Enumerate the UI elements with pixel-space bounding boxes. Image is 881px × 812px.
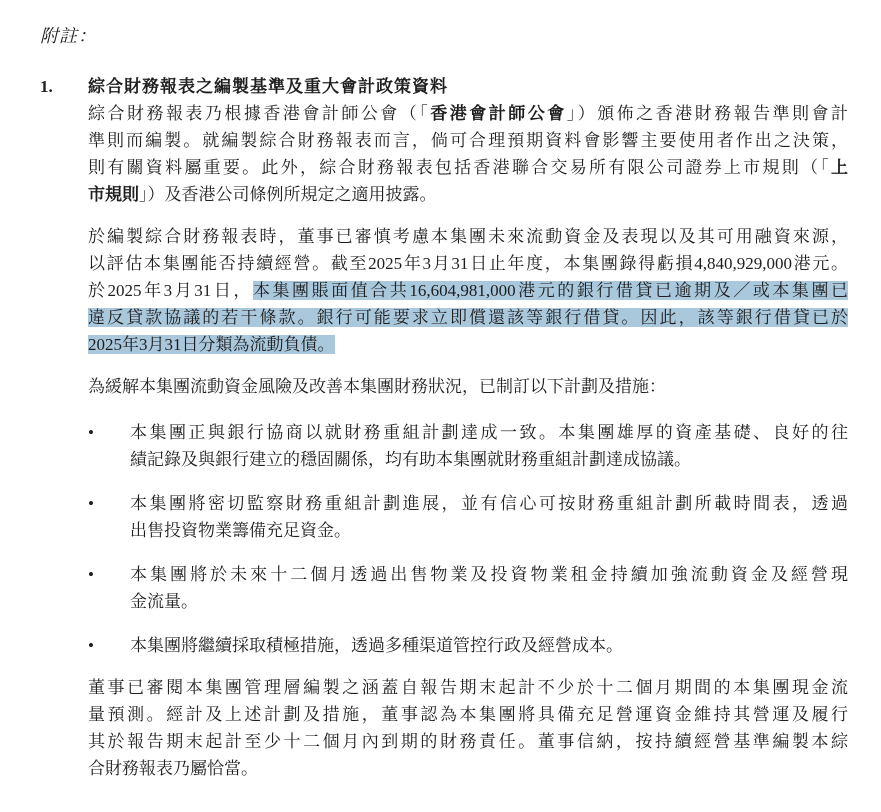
highlighted-text: 違反貸款協議的若干條款。銀行可能要求立即償還該等銀行借貸。因此，該等銀行借貸已於 (88, 308, 848, 327)
text-segment: 本集團將於未來十二個月透過出售物業及投資物業租金持續加強流動資金及經營現 (130, 565, 848, 584)
directors-conclusion-paragraph: 董事已審閱本集團管理層編製之涵蓋自報告期末起計不少於十二個月期間的本集團現金流量… (88, 674, 848, 782)
text-line: 出售投資物業籌備充足資金。 (130, 517, 848, 544)
bullet-icon: • (88, 561, 130, 615)
text-line: 為緩解本集團流動資金風險及改善本集團財務狀況，已制訂以下計劃及措施： (88, 373, 848, 400)
text-line: 市規則」）及香港公司條例所規定之適用披露。 (88, 181, 848, 208)
bold-term: 上 (831, 158, 848, 177)
text-line: 違反貸款協議的若干條款。銀行可能要求立即償還該等銀行借貸。因此，該等銀行借貸已於 (88, 304, 848, 331)
text-segment: 董事已審閱本集團管理層編製之涵蓋自報告期末起計不少於十二個月期間的本集團現金流 (88, 678, 848, 697)
text-line: 於編製綜合財務報表時，董事已審慎考慮本集團未來流動資金及表現以及其可用融資來源， (88, 223, 848, 250)
notes-document: 附註： 1. 綜合財務報表之編製基準及重大會計政策資料 綜合財務報表乃根據香港會… (0, 0, 881, 782)
section-body: 綜合財務報表乃根據香港會計師公會（「香港會計師公會」）頒佈之香港財務報告準則會計… (88, 100, 848, 782)
list-item: •本集團正與銀行協商以就財務重組計劃達成一致。本集團雄厚的資產基礎、良好的往績記… (88, 419, 848, 473)
text-line: 則有關資料屬重要。此外，綜合財務報表包括香港聯合交易所有限公司證券上市規則（「上 (88, 154, 848, 181)
text-line: 準則而編製。就編製綜合財務報表而言，倘可合理預期資料會影響主要使用者作出之決策， (88, 127, 848, 154)
text-line: 金流量。 (130, 588, 848, 615)
text-segment: 績記錄及與銀行建立的穩固關係，均有助本集團就財務重組計劃達成協議。 (130, 450, 691, 469)
text-line: 合財務報表乃屬恰當。 (88, 755, 848, 782)
going-concern-paragraph: 於編製綜合財務報表時，董事已審慎考慮本集團未來流動資金及表現以及其可用融資來源，… (88, 223, 848, 358)
text-segment: 其於報告期末起計至少十二個月內到期的財務責任。董事信納，按持續經營基準編製本綜 (88, 732, 848, 751)
section-number: 1. (40, 73, 88, 782)
text-segment: 於2025年3月31日， (88, 281, 253, 300)
bullet-text: 本集團將於未來十二個月透過出售物業及投資物業租金持續加強流動資金及經營現金流量。 (130, 561, 848, 615)
list-item: •本集團將繼續採取積極措施，透過多種渠道管控行政及經營成本。 (88, 632, 848, 659)
plans-intro-paragraph: 為緩解本集團流動資金風險及改善本集團財務狀況，已制訂以下計劃及措施： (88, 373, 848, 400)
highlighted-text: 本集團賬面值合共16,604,981,000港元的銀行借貸已逾期及／或本集團已 (253, 281, 848, 300)
notes-title: 附註： (40, 24, 848, 48)
bullet-text: 本集團將繼續採取積極措施，透過多種渠道管控行政及經營成本。 (130, 632, 848, 659)
list-item: •本集團將於未來十二個月透過出售物業及投資物業租金持續加強流動資金及經營現金流量… (88, 561, 848, 615)
text-line: 綜合財務報表乃根據香港會計師公會（「香港會計師公會」）頒佈之香港財務報告準則會計 (88, 100, 848, 127)
text-line: 量預測。經計及上述計劃及措施，董事認為本集團將具備充足營運資金維持其營運及履行 (88, 701, 848, 728)
text-segment: 」）頒佈之香港財務報告準則會計 (567, 104, 848, 123)
text-line: 於2025年3月31日，本集團賬面值合共16,604,981,000港元的銀行借… (88, 277, 848, 304)
bold-term: 香港會計師公會 (430, 104, 566, 123)
text-segment: 合財務報表乃屬恰當。 (88, 759, 258, 778)
bullet-text: 本集團正與銀行協商以就財務重組計劃達成一致。本集團雄厚的資產基礎、良好的往績記錄… (130, 419, 848, 473)
text-segment: 準則而編製。就編製綜合財務報表而言，倘可合理預期資料會影響主要使用者作出之決策， (88, 131, 848, 150)
text-segment: 於編製綜合財務報表時，董事已審慎考慮本集團未來流動資金及表現以及其可用融資來源， (88, 227, 848, 246)
text-segment: 則有關資料屬重要。此外，綜合財務報表包括香港聯合交易所有限公司證券上市規則（「 (88, 158, 831, 177)
text-segment: 綜合財務報表乃根據香港會計師公會（「 (88, 104, 430, 123)
text-segment: 金流量。 (130, 592, 198, 611)
text-line: 董事已審閱本集團管理層編製之涵蓋自報告期末起計不少於十二個月期間的本集團現金流 (88, 674, 848, 701)
section-content: 綜合財務報表之編製基準及重大會計政策資料 綜合財務報表乃根據香港會計師公會（「香… (88, 73, 848, 782)
bullet-icon: • (88, 419, 130, 473)
bold-term: 市規則 (88, 185, 139, 204)
section-heading: 綜合財務報表之編製基準及重大會計政策資料 (88, 73, 848, 100)
highlighted-text: 2025年3月31日分類為流動負債。 (88, 335, 335, 354)
list-item: •本集團將密切監察財務重組計劃進展，並有信心可按財務重組計劃所載時間表，透過出售… (88, 490, 848, 544)
text-line: 績記錄及與銀行建立的穩固關係，均有助本集團就財務重組計劃達成協議。 (130, 446, 848, 473)
text-line: 以評估本集團能否持續經營。截至2025年3月31日止年度，本集團錄得虧損4,84… (88, 250, 848, 277)
text-line: 本集團將密切監察財務重組計劃進展，並有信心可按財務重組計劃所載時間表，透過 (130, 490, 848, 517)
plans-measures-list: •本集團正與銀行協商以就財務重組計劃達成一致。本集團雄厚的資產基礎、良好的往績記… (88, 419, 848, 659)
basis-of-preparation-paragraph: 綜合財務報表乃根據香港會計師公會（「香港會計師公會」）頒佈之香港財務報告準則會計… (88, 100, 848, 208)
text-segment: 」）及香港公司條例所規定之適用披露。 (139, 185, 437, 204)
text-segment: 為緩解本集團流動資金風險及改善本集團財務狀況，已制訂以下計劃及措施： (88, 377, 666, 396)
bullet-text: 本集團將密切監察財務重組計劃進展，並有信心可按財務重組計劃所載時間表，透過出售投… (130, 490, 848, 544)
text-segment: 以評估本集團能否持續經營。截至2025年3月31日止年度，本集團錄得虧損4,84… (88, 254, 848, 273)
text-line: 本集團正與銀行協商以就財務重組計劃達成一致。本集團雄厚的資產基礎、良好的往 (130, 419, 848, 446)
text-line: 本集團將繼續採取積極措施，透過多種渠道管控行政及經營成本。 (130, 632, 848, 659)
text-segment: 本集團將密切監察財務重組計劃進展，並有信心可按財務重組計劃所載時間表，透過 (130, 494, 848, 513)
text-line: 2025年3月31日分類為流動負債。 (88, 331, 848, 358)
text-line: 其於報告期末起計至少十二個月內到期的財務責任。董事信納，按持續經營基準編製本綜 (88, 728, 848, 755)
section-1: 1. 綜合財務報表之編製基準及重大會計政策資料 綜合財務報表乃根據香港會計師公會… (40, 73, 848, 782)
text-segment: 本集團正與銀行協商以就財務重組計劃達成一致。本集團雄厚的資產基礎、良好的往 (130, 423, 848, 442)
text-segment: 出售投資物業籌備充足資金。 (130, 521, 351, 540)
text-segment: 量預測。經計及上述計劃及措施，董事認為本集團將具備充足營運資金維持其營運及履行 (88, 705, 848, 724)
bullet-icon: • (88, 632, 130, 659)
bullet-icon: • (88, 490, 130, 544)
text-line: 本集團將於未來十二個月透過出售物業及投資物業租金持續加強流動資金及經營現 (130, 561, 848, 588)
text-segment: 本集團將繼續採取積極措施，透過多種渠道管控行政及經營成本。 (130, 636, 623, 655)
